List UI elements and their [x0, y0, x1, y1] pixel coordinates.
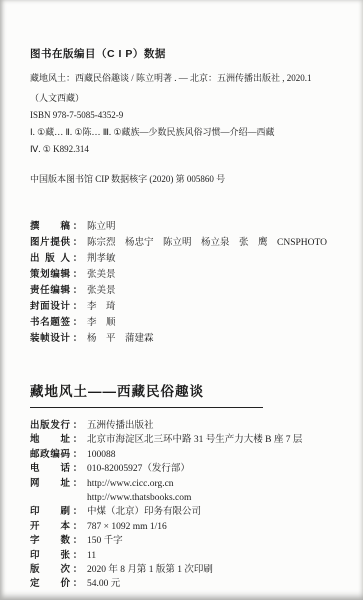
- credit-value: 李 顺: [85, 316, 116, 331]
- credit-label: 图片提供: [30, 235, 70, 250]
- credit-value: 杨 平 蒲建霖: [85, 332, 154, 347]
- publishing-label: 开本: [30, 520, 70, 534]
- credit-label: 责任编辑: [30, 283, 70, 298]
- publishing-value: 北京市海淀区北三环中路 31 号生产力大楼 B 座 7 层: [85, 433, 302, 447]
- publishing-value: 五洲传播出版社: [85, 419, 154, 433]
- credit-row: 图片提供：陈宗烈 杨忠宁 陈立明 杨立泉 张 鹰 CNSPHOTO: [30, 235, 347, 251]
- credit-value: 张美景: [85, 284, 116, 299]
- cip-line: 藏地风土：西藏民俗趣谈 / 陈立明著 . — 北京：五洲传播出版社 , 2020…: [30, 70, 347, 87]
- credit-colon: ：: [70, 251, 85, 266]
- publishing-website-url: http://www.thatsbooks.com: [85, 491, 191, 505]
- credit-label: 封面设计: [30, 299, 70, 314]
- publishing-label: 邮政编码: [30, 448, 70, 462]
- publishing-value: 11: [85, 549, 96, 563]
- credit-row: 撰稿：陈立明: [30, 219, 347, 235]
- publishing-value: 54.00 元: [85, 577, 120, 591]
- publishing-colon: ：: [70, 419, 85, 433]
- publishing-row: 印张：11: [30, 549, 347, 563]
- publishing-colon: ：: [70, 577, 85, 591]
- publishing-label: 印张: [30, 549, 70, 563]
- publishing-label: 定价: [30, 577, 70, 591]
- credit-row: 封面设计：李 琦: [30, 299, 347, 315]
- credit-label: 撰稿: [30, 219, 70, 234]
- publishing-colon: ：: [70, 448, 85, 462]
- cip-block: 藏地风土：西藏民俗趣谈 / 陈立明著 . — 北京：五洲传播出版社 , 2020…: [30, 70, 347, 188]
- credit-row: 责任编辑：张美景: [30, 283, 347, 299]
- publishing-colon: ：: [70, 505, 85, 519]
- publishing-row: 字数：150 千字: [30, 534, 347, 548]
- publishing-block: 出版发行：五洲传播出版社 地址：北京市海淀区北三环中路 31 号生产力大楼 B …: [30, 419, 347, 592]
- credit-colon: ：: [70, 299, 85, 314]
- cip-record-number: 中国版本图书馆 CIP 数据核字 (2020) 第 005860 号: [30, 171, 347, 188]
- publishing-value: 010-82005927（发行部）: [85, 462, 190, 476]
- credit-label: 出版人: [30, 251, 70, 266]
- publishing-row: 出版发行：五洲传播出版社: [30, 419, 347, 433]
- publishing-row: 邮政编码：100088: [30, 448, 347, 462]
- cip-line: （人文西藏）: [30, 90, 347, 107]
- credit-row: 出版人：荆孝敏: [30, 251, 347, 267]
- credit-value: 荆孝敏: [85, 252, 116, 267]
- publishing-colon: ：: [70, 520, 85, 534]
- publishing-label: 印刷: [30, 505, 70, 519]
- credit-colon: ：: [70, 267, 85, 282]
- publishing-colon: ：: [70, 433, 85, 447]
- title-rule: [30, 407, 263, 408]
- credit-value: 陈立明: [85, 220, 116, 235]
- credit-row: 策划编辑：张美景: [30, 267, 347, 283]
- credits-block: 撰稿：陈立明 图片提供：陈宗烈 杨忠宁 陈立明 杨立泉 张 鹰 CNSPHOTO…: [30, 219, 347, 347]
- publishing-colon: ：: [70, 563, 85, 577]
- credit-value: 张美景: [85, 268, 116, 283]
- publishing-value: 787 × 1092 mm 1/16: [85, 520, 167, 534]
- credit-value: 陈宗烈 杨忠宁 陈立明 杨立泉 张 鹰 CNSPHOTO: [85, 236, 327, 251]
- publishing-colon: ：: [70, 462, 85, 476]
- publishing-row: http://www.thatsbooks.com: [30, 491, 347, 505]
- credit-colon: ：: [70, 235, 85, 250]
- credit-colon: ：: [70, 283, 85, 298]
- cip-line: Ⅰ. ①藏… Ⅱ. ①陈… Ⅲ. ①藏族—少数民族风俗习惯—介绍—西藏: [30, 124, 347, 141]
- publishing-row: 开本：787 × 1092 mm 1/16: [30, 520, 347, 534]
- publishing-row: 地址：北京市海淀区北三环中路 31 号生产力大楼 B 座 7 层: [30, 433, 347, 447]
- publishing-value: 150 千字: [85, 534, 123, 548]
- book-title: 藏地风土——西藏民俗趣谈: [30, 380, 347, 400]
- credit-label: 装帧设计: [30, 331, 70, 346]
- publishing-row: 版次：2020 年 8 月第 1 版第 1 次印刷: [30, 563, 347, 577]
- publishing-label: 电话: [30, 462, 70, 476]
- publishing-label: 版次: [30, 563, 70, 577]
- credit-row: 书名题签：李 顺: [30, 315, 347, 331]
- publishing-row: 印刷：中煤（北京）印务有限公司: [30, 505, 347, 519]
- publishing-value: 中煤（北京）印务有限公司: [85, 505, 201, 519]
- publishing-colon: ：: [70, 534, 85, 548]
- publishing-label: 地址: [30, 433, 70, 447]
- cip-line: ISBN 978-7-5085-4352-9: [30, 107, 347, 124]
- credit-colon: ：: [70, 315, 85, 330]
- publishing-value: 2020 年 8 月第 1 版第 1 次印刷: [85, 563, 213, 577]
- cip-line: Ⅳ. ① K892.314: [30, 141, 347, 158]
- publishing-row: 网址：http://www.cicc.org.cn: [30, 477, 347, 491]
- publishing-label: 出版发行: [30, 419, 70, 433]
- publishing-website-url: http://www.cicc.org.cn: [85, 477, 174, 491]
- publishing-row: 定价：54.00 元: [30, 577, 347, 591]
- credit-value: 李 琦: [85, 300, 116, 315]
- publishing-row: 电话：010-82005927（发行部）: [30, 462, 347, 476]
- cip-heading: 图书在版编目（C I P）数据: [30, 46, 347, 61]
- publishing-label: 字数: [30, 534, 70, 548]
- credit-row: 装帧设计：杨 平 蒲建霖: [30, 331, 347, 347]
- publishing-colon: ：: [70, 549, 85, 563]
- scanned-colophon-page: 图书在版编目（C I P）数据 藏地风土：西藏民俗趣谈 / 陈立明著 . — 北…: [0, 0, 363, 600]
- credit-label: 书名题签: [30, 315, 70, 330]
- publishing-label: 网址: [30, 477, 70, 491]
- publishing-colon: ：: [70, 477, 85, 491]
- credit-label: 策划编辑: [30, 267, 70, 282]
- credit-colon: ：: [70, 219, 85, 234]
- publishing-value: 100088: [85, 448, 116, 462]
- credit-colon: ：: [70, 331, 85, 346]
